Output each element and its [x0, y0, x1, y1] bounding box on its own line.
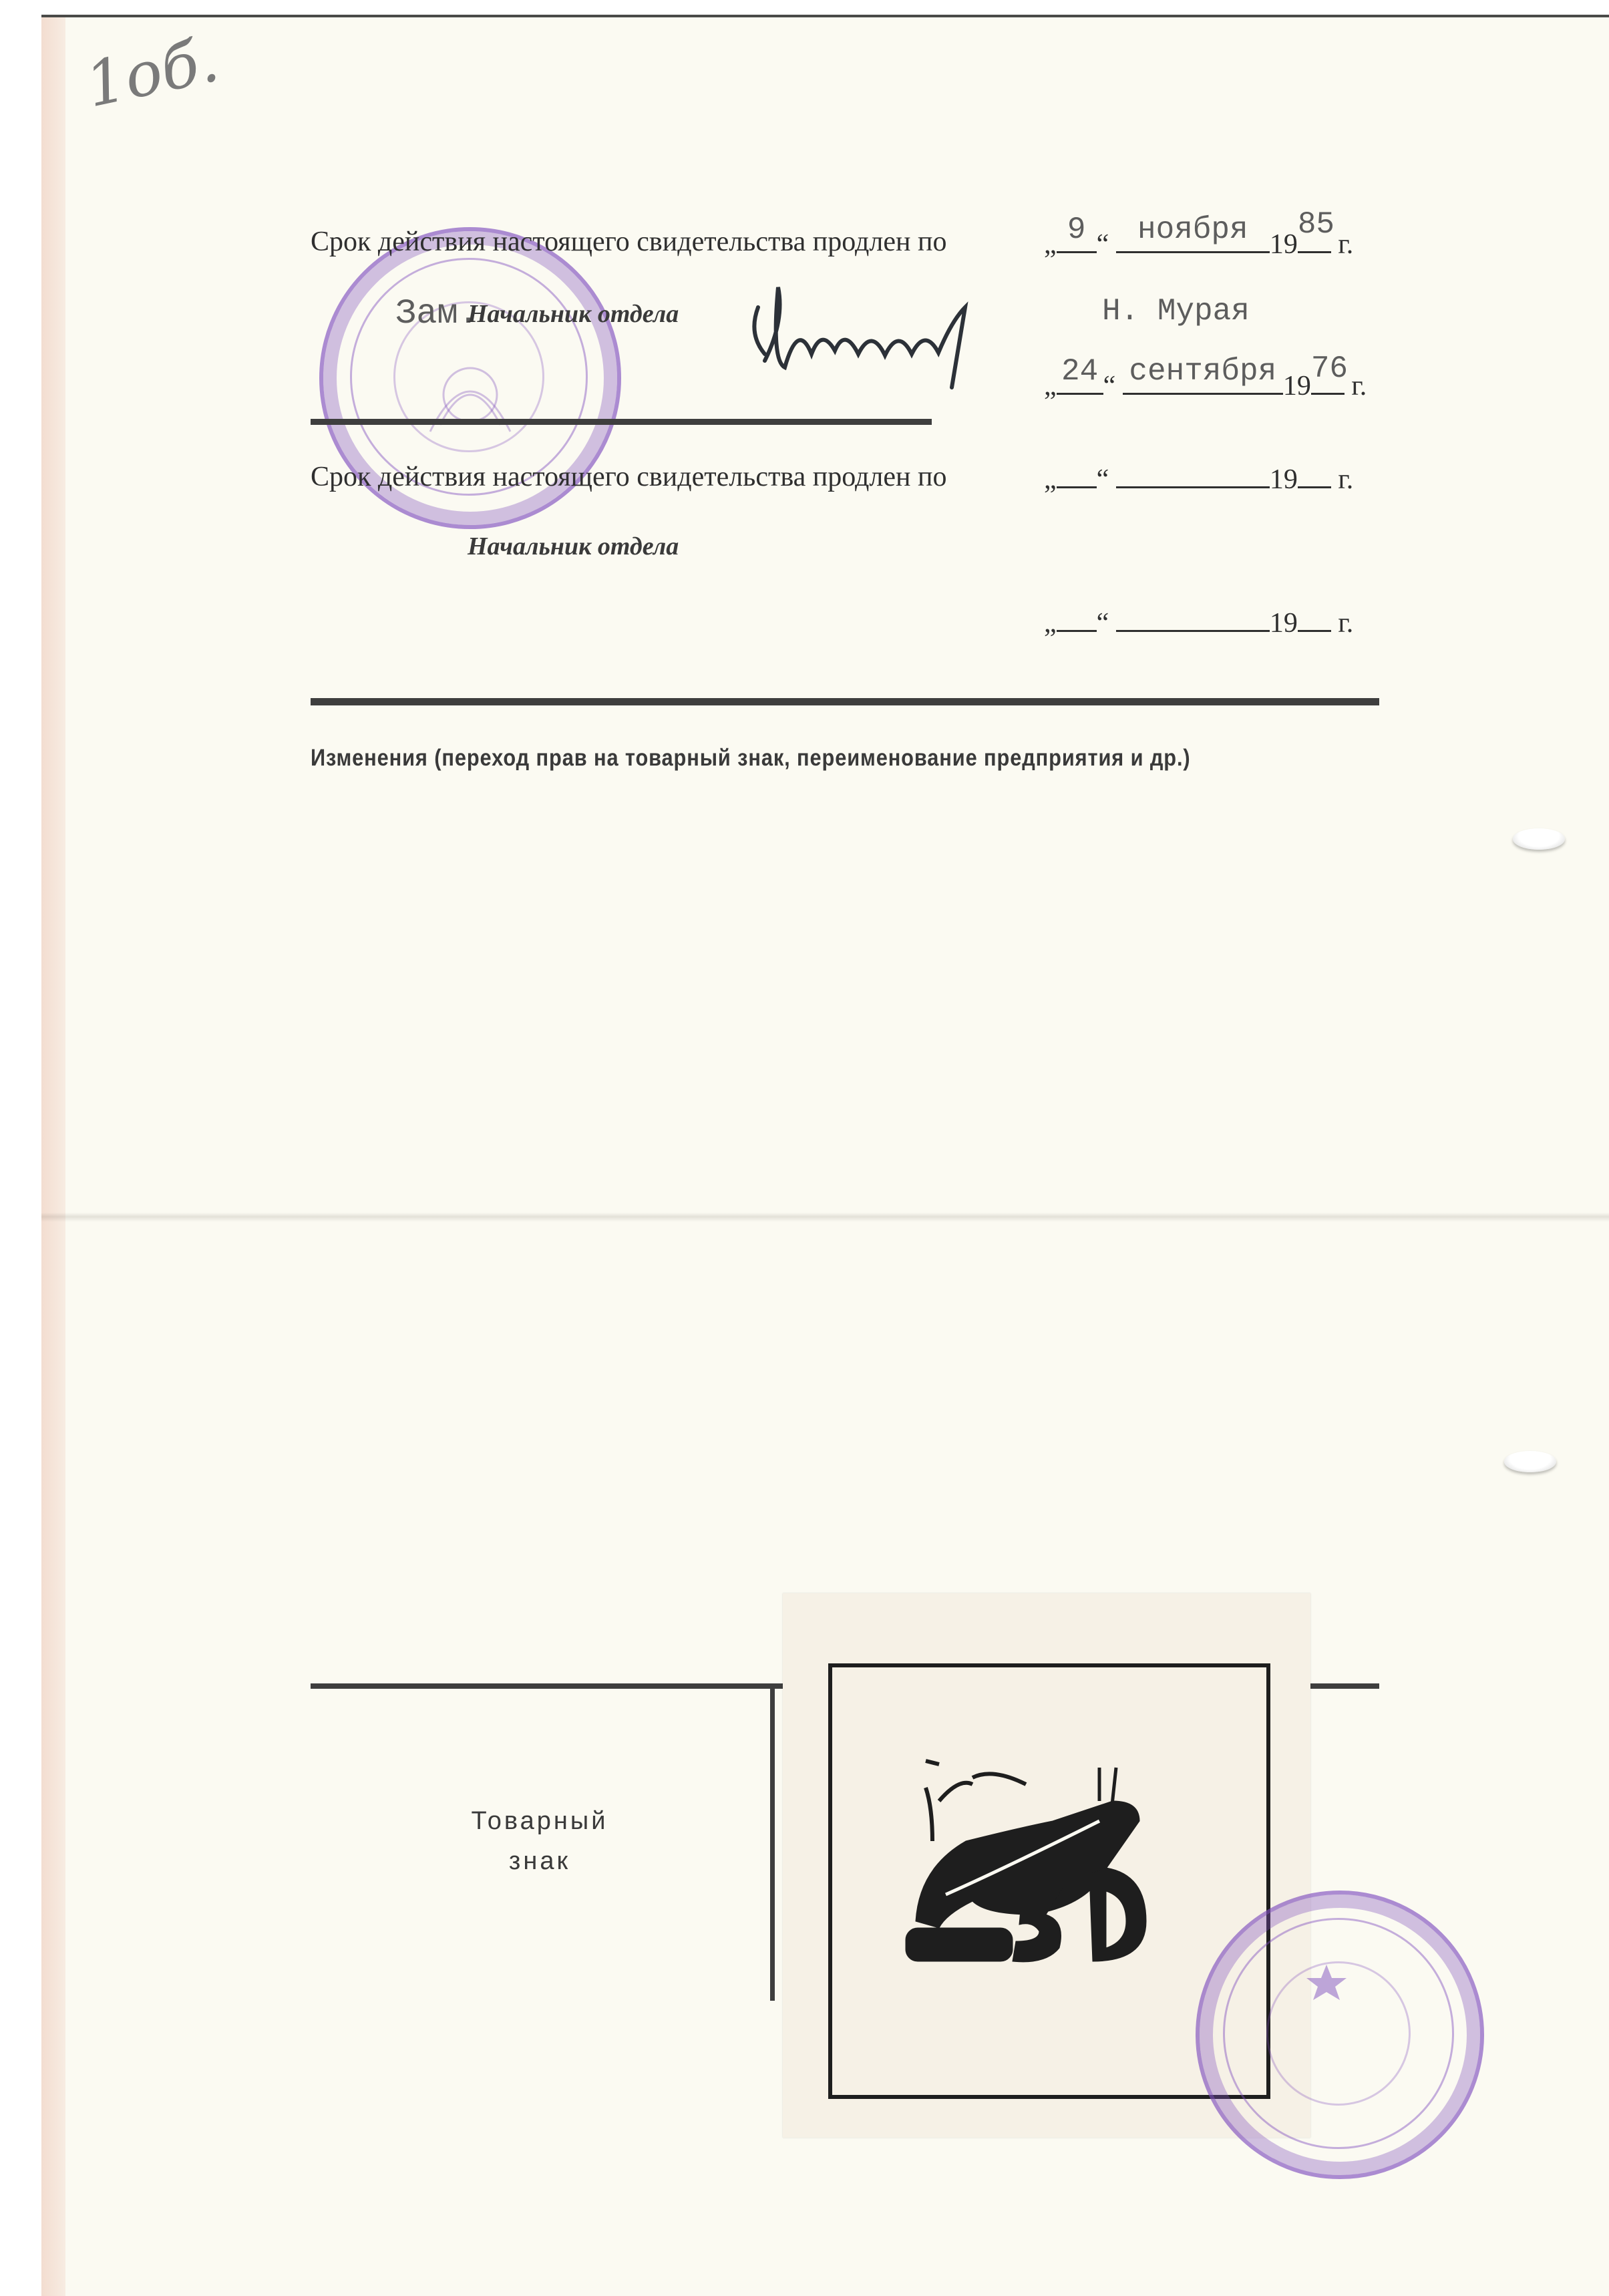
punch-hole-bottom: [1504, 1451, 1556, 1472]
trademark-section-vertical-rule: [770, 1683, 775, 2001]
paper-fold-crease: [41, 1212, 1609, 1222]
extension-1-text: Срок действия настоящего свидетельства п…: [311, 226, 946, 258]
extension-2-text: Срок действия настоящего свидетельства п…: [311, 461, 946, 493]
signer-title-1: Начальник отдела: [468, 299, 679, 329]
section-divider-long: [311, 698, 1379, 705]
month-field[interactable]: ноября: [1116, 226, 1270, 253]
section-divider-short: [311, 419, 932, 425]
day-field[interactable]: 9: [1057, 226, 1097, 253]
signed-date-1: „24“ сентября1976 г.: [1044, 367, 1367, 402]
day-field-2[interactable]: [1057, 461, 1097, 488]
signed-year-field[interactable]: 76: [1311, 367, 1345, 395]
signed-year-field-2[interactable]: [1298, 605, 1331, 632]
extension-1-date: „9“ ноября1985 г.: [1044, 226, 1353, 261]
star-emblem-icon: [1200, 1895, 1480, 2175]
punch-hole-top: [1513, 828, 1565, 850]
signed-day-field[interactable]: 24: [1057, 367, 1103, 395]
handwritten-signature: [745, 281, 1025, 401]
lower-right-seal-stamp: [1196, 1891, 1484, 2179]
signer-name: Н. Мурая: [1102, 294, 1250, 329]
signer-title-typed: Зам.: [395, 294, 479, 333]
trademark-label-line1: Товарный: [439, 1807, 640, 1836]
signed-month-field-2[interactable]: [1116, 605, 1270, 632]
signer-title-2: Начальник отдела: [468, 532, 679, 561]
changes-heading: Изменения (переход прав на товарный знак…: [311, 745, 1191, 772]
extension-2-date: „“ 19 г.: [1044, 461, 1353, 496]
signed-date-2: „“ 19 г.: [1044, 605, 1353, 639]
month-field-2[interactable]: [1116, 461, 1270, 488]
paper-left-edge: [41, 17, 65, 2296]
signed-month-field[interactable]: сентября: [1123, 367, 1283, 395]
year-field-2[interactable]: [1298, 461, 1331, 488]
year-field[interactable]: 85: [1298, 226, 1331, 253]
signed-day-field-2[interactable]: [1057, 605, 1097, 632]
trademark-label-line2: знак: [439, 1847, 640, 1876]
